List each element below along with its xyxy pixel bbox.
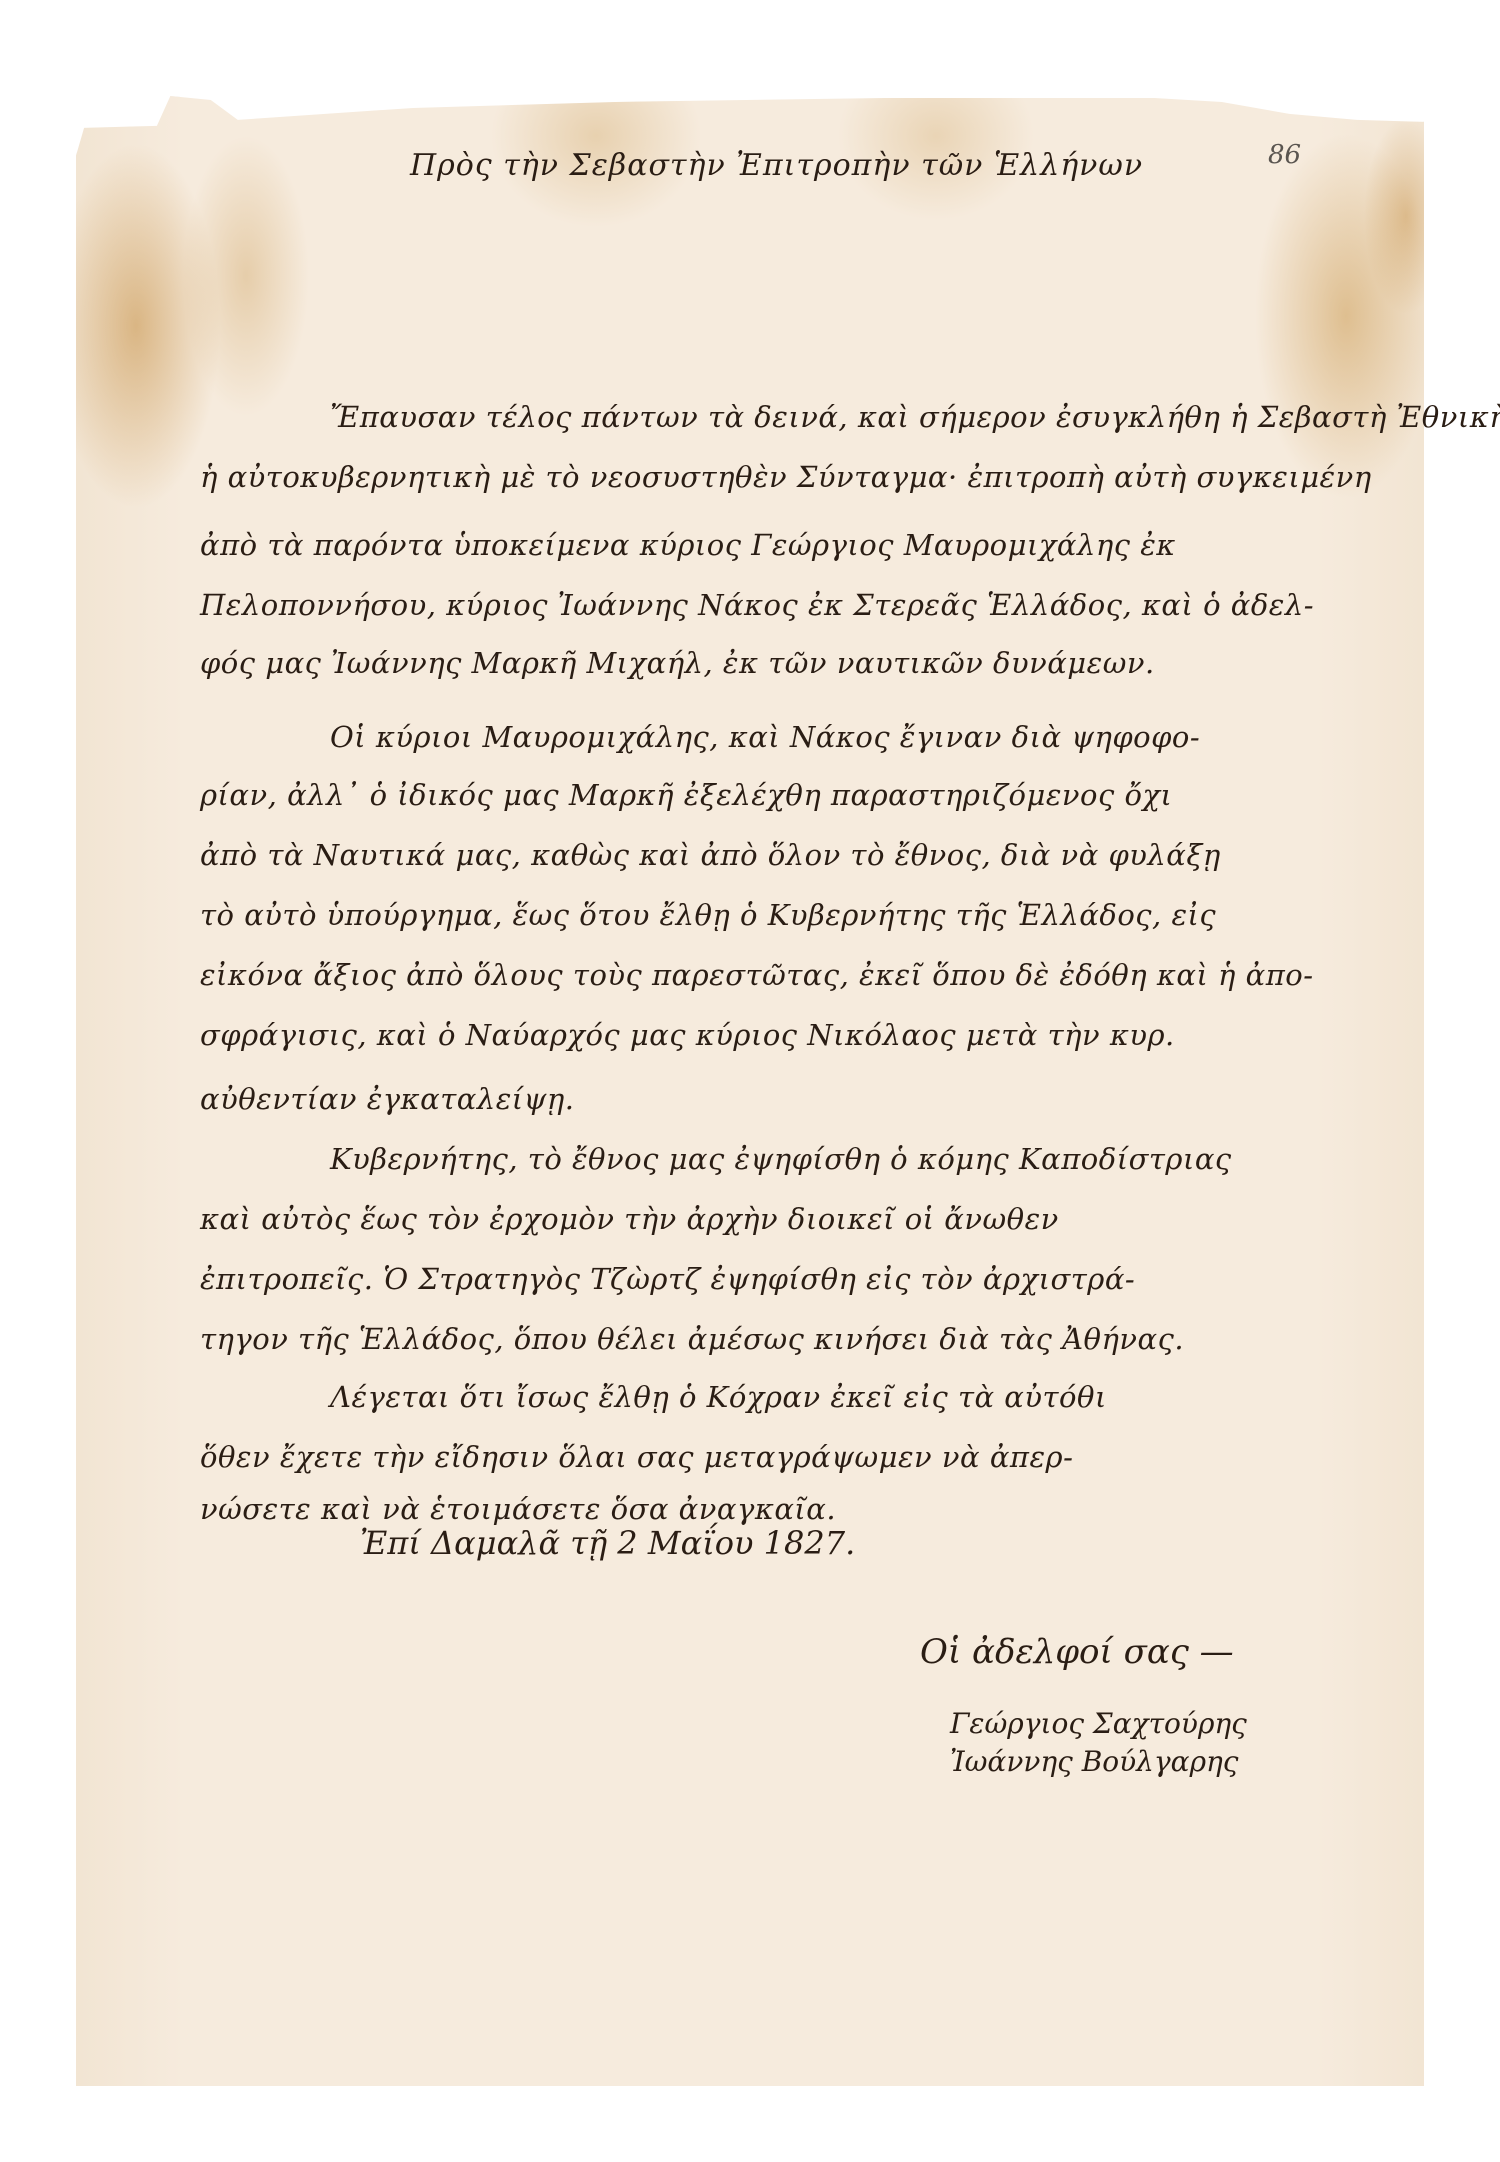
body-line: φός μας Ἰωάννης Μαρκῆ Μιχαήλ, ἐκ τῶν ναυ… — [200, 646, 1155, 680]
body-line: ἡ αὐτοκυβερνητικὴ μὲ τὸ νεοσυστηθὲν Σύντ… — [200, 460, 1372, 494]
body-line: Οἱ κύριοι Μαυρομιχάλης, καὶ Νάκος ἔγιναν… — [330, 720, 1200, 754]
body-line: ὅθεν ἔχετε τὴν εἴδησιν ὅλαι σας μεταγράψ… — [200, 1440, 1073, 1474]
signature-2: Ἰωάννης Βούλγαρης — [950, 1745, 1239, 1778]
letter-heading: Πρὸς τὴν Σεβαστὴν Ἐπιτροπὴν τῶν Ἑλλήνων — [410, 148, 1143, 183]
body-line: ἀπὸ τὰ Ναυτικά μας, καθὼς καὶ ἀπὸ ὅλον τ… — [200, 838, 1221, 872]
closing-salutation: Οἱ ἀδελφοί σας — — [920, 1632, 1234, 1672]
dateline: Ἐπί Δαμαλᾶ τῇ 2 Μαΐου 1827. — [360, 1524, 855, 1562]
folio-number: 86 — [1268, 140, 1301, 170]
body-line: Ἔπαυσαν τέλος πάντων τὰ δεινά, καὶ σήμερ… — [330, 400, 1500, 434]
body-line: αὐθεντίαν ἐγκαταλείψῃ. — [200, 1082, 574, 1116]
body-line: τηγον τῆς Ἑλλάδος, ὅπου θέλει ἀμέσως κιν… — [200, 1322, 1184, 1356]
signature-1: Γεώργιος Σαχτούρης — [950, 1707, 1247, 1740]
body-line: ρίαν, ἀλλ᾽ ὁ ἰδικός μας Μαρκῆ ἐξελέχθη π… — [200, 778, 1172, 812]
body-line: καὶ αὐτὸς ἕως τὸν ἐρχομὸν τὴν ἀρχὴν διοι… — [200, 1202, 1059, 1236]
body-line: εἰκόνα ἄξιος ἀπὸ ὅλους τοὺς παρεστῶτας, … — [200, 958, 1314, 992]
body-line: ἐπιτροπεῖς. Ὁ Στρατηγὸς Τζὼρτζ ἐψηφίσθη … — [200, 1262, 1135, 1296]
body-line: Κυβερνήτης, τὸ ἔθνος μας ἐψηφίσθη ὁ κόμη… — [330, 1142, 1232, 1176]
body-line: Πελοποννήσου, κύριος Ἰωάννης Νάκος ἐκ Στ… — [200, 588, 1314, 622]
body-line: τὸ αὐτὸ ὑπούργημα, ἕως ὅτου ἔλθῃ ὁ Κυβερ… — [200, 898, 1216, 932]
body-line: νώσετε καὶ νὰ ἑτοιμάσετε ὅσα ἀναγκαῖα. — [200, 1492, 836, 1526]
body-line: Λέγεται ὅτι ἴσως ἔλθῃ ὁ Κόχραν ἐκεῖ εἰς … — [330, 1380, 1107, 1414]
body-line: σφράγισις, καὶ ὁ Ναύαρχός μας κύριος Νικ… — [200, 1018, 1175, 1052]
body-line: ἀπὸ τὰ παρόντα ὑποκείμενα κύριος Γεώργιο… — [200, 528, 1176, 562]
